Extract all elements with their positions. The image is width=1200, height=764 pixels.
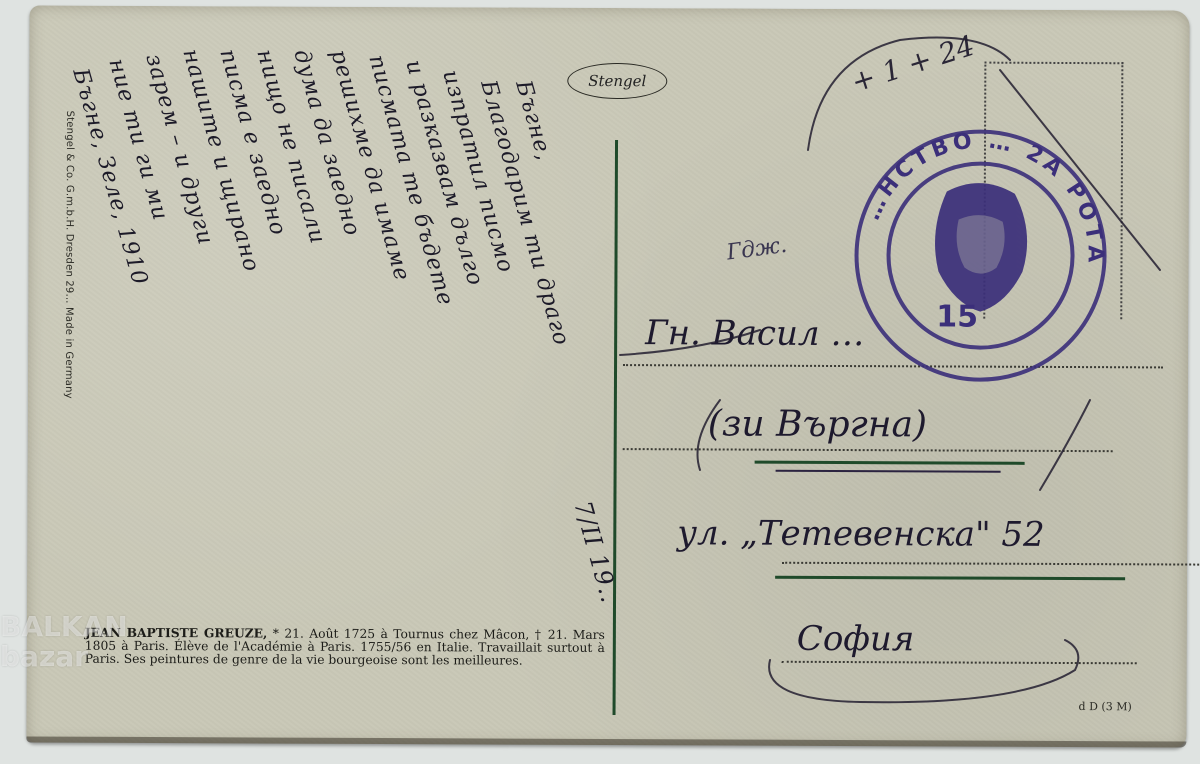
address-recipient: Гн. Васил …: [645, 313, 864, 354]
publisher-imprint: Stengel & Co. G.m.b.H. Dresden 29… Made …: [59, 111, 75, 631]
address-prefix: Гдж.: [725, 233, 788, 266]
postmark-number: 15: [936, 299, 978, 334]
address-care-of: (зи Въргна): [708, 403, 927, 445]
watermark: BALKAN bazar: [0, 612, 160, 672]
address-line-4: [782, 661, 1137, 665]
artwork-caption: JEAN BAPTISTE GREUZE, * 21. Août 1725 à …: [85, 626, 605, 668]
address-line-3: [782, 562, 1200, 566]
address-underline-2: [755, 461, 1025, 465]
address-line-2: [623, 448, 1113, 452]
corner-annotation: + 1 + 24: [847, 29, 978, 99]
address-underline-3: [775, 576, 1125, 581]
address-underline-2b: [776, 470, 1001, 473]
address-divider: [613, 140, 619, 715]
catalog-number: d D (3 M): [1079, 700, 1132, 713]
postcard: Stengel Stengel & Co. G.m.b.H. Dresden 2…: [26, 5, 1189, 747]
publisher-logo: Stengel: [567, 63, 667, 99]
military-postmark: …НСТВО … 2А РОТА 15: [846, 121, 1115, 390]
coat-of-arms-icon: [935, 183, 1028, 312]
address-street: ул. „Тетевенска" 52: [677, 513, 1045, 555]
address-city: София: [797, 619, 915, 660]
